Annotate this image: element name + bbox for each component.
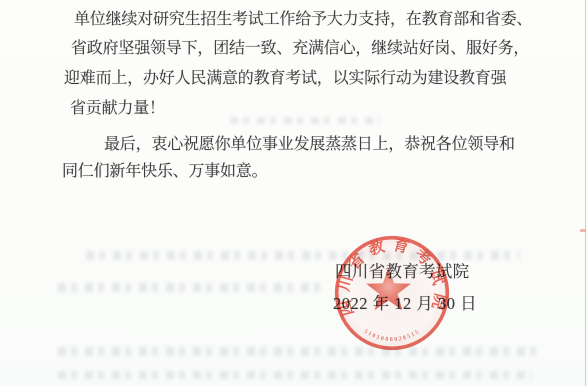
official-seal-stamp: 四川省教育考试院 5101008028515 — [332, 234, 452, 352]
body-line-2: 省政府坚强领导下，团结一致、充满信心，继续站好岗、服好务， — [71, 39, 529, 58]
body-line-6: 同仁们新年快乐、万事如意。 — [62, 162, 267, 181]
bleed-through-smudge — [58, 371, 532, 379]
body-line-3: 迎难而上，办好人民满意的教育考试，以实际行动为建设教育强 — [64, 69, 506, 88]
scan-artifact-red-tick — [580, 229, 586, 232]
body-line-4: 省贡献力量！ — [70, 99, 165, 118]
bleed-through-smudge — [86, 251, 520, 260]
bleed-through-smudge — [58, 347, 542, 356]
body-line-1: 单位继续对研究生招生考试工作给予大力支持，在教育部和省委、 — [74, 10, 532, 29]
page-edge-line — [585, 0, 586, 386]
scanned-letter-page: 单位继续对研究生招生考试工作给予大力支持，在教育部和省委、 省政府坚强领导下，团… — [0, 0, 588, 386]
bleed-through-smudge — [230, 117, 380, 124]
body-line-5: 最后，衷心祝愿你单位事业发展蒸蒸日上，恭祝各位领导和 — [104, 135, 515, 154]
bleed-through-smudge — [58, 283, 326, 292]
